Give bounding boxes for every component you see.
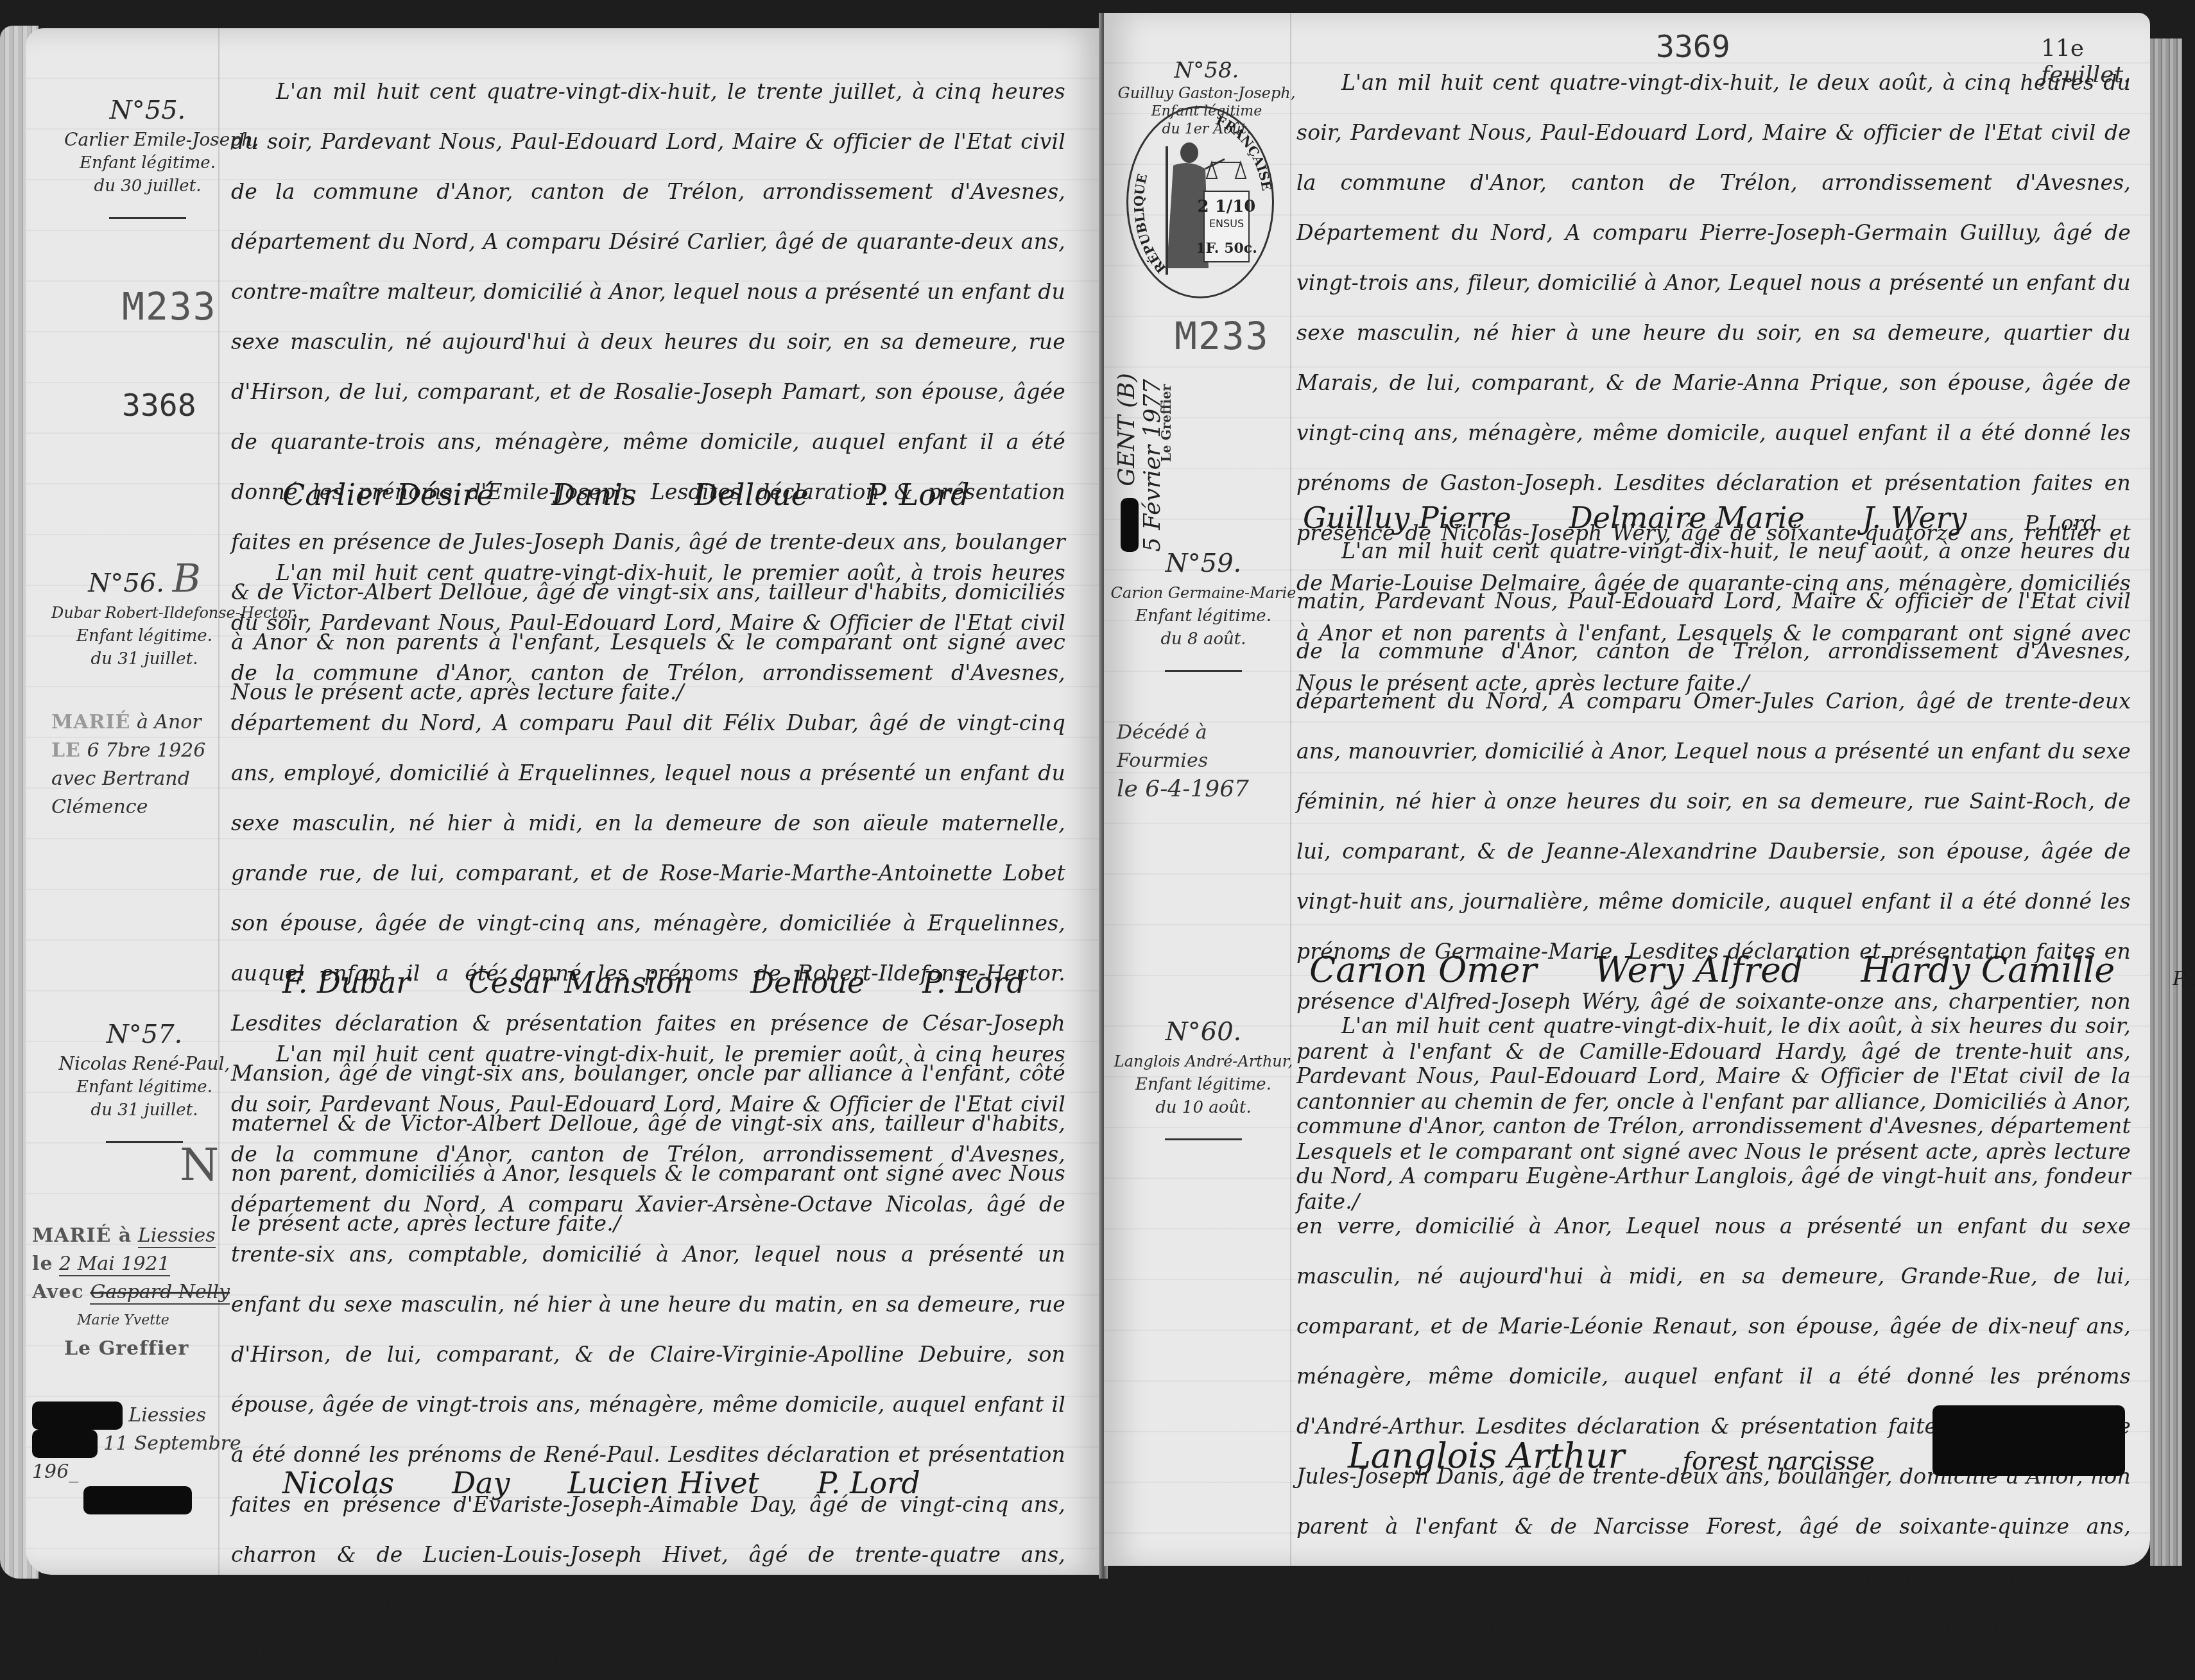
redacted-text: ​xxxxxx [32,1430,98,1458]
margin-note-entry-59: N°59. Carion Germaine-Marie Enfant légit… [1110,545,1296,672]
signature: P. Lord [866,477,970,512]
birth-date: du 10 août. [1110,1096,1296,1119]
signature: F. Dubar [282,965,410,1000]
archive-stamp: M233 [1175,314,1270,358]
redacted-text: Décédé à [32,1401,123,1430]
marriage-annotation-56: MARIÉ à Anor LE 6 7bre 1926 avec Bertran… [51,708,244,821]
signature: Lucien Hivet [567,1466,759,1500]
margin-note-entry-60: N°60. Langlois André-Arthur, Enfant légi… [1110,1014,1296,1140]
signature: Day [452,1466,510,1500]
entry-60-signatures: Langlois Arthur forest narcisse [1348,1405,2125,1476]
entry-number: N°57. [58,1016,231,1052]
republique-francaise-seal-icon: RÉPUBLIQUE FRANÇAISE 2 1/10 ENSUS 1F. 50… [1128,108,1276,300]
register-spread: N°55. Carlier Emile-Joseph, Enfant légit… [0,0,2195,1593]
child-name: Langlois André-Arthur, [1110,1050,1296,1073]
signature: Wery Alfred [1594,950,1803,990]
left-page: N°55. Carlier Emile-Joseph, Enfant légit… [26,28,1104,1575]
signature: P. Lord [817,1466,920,1500]
entry-60-text: L'an mil huit cent quatre-vingt-dix-huit… [1296,1001,2131,1593]
child-name: Nicolas René-Paul, [58,1052,231,1076]
signature: Hardy Camille [1861,950,2115,990]
letter-mark: N [180,1138,219,1191]
signature: Danis [552,477,637,512]
birth-date: du 8 août. [1110,628,1296,651]
entry-56-signatures: F. Dubar César Mansion Delloue P. Lord [282,965,1026,1000]
separator-dash [109,217,186,219]
separator-dash [106,1141,183,1143]
child-status: Enfant légitime. [1110,1073,1296,1096]
birth-date: du 31 juillet. [51,647,237,671]
child-status: Enfant légitime. [58,1076,231,1099]
margin-note-entry-57: N°57. Nicolas René-Paul, Enfant légitime… [58,1016,231,1143]
margin-note-entry-55: N°55. Carlier Emile-Joseph, Enfant légit… [64,92,231,219]
child-name: Dubar Robert-Ildefonse-Hector, [51,601,237,624]
entry-number: N°58. [1117,58,1296,83]
signature: Nicolas [282,1466,394,1500]
separator-dash [1165,1138,1242,1140]
marriage-annotation-57: MARIÉ à Liessies le 2 Mai 1921 Avec Gasp… [32,1222,244,1514]
fiscal-stamp-seal: RÉPUBLIQUE FRANÇAISE 2 1/10 ENSUS 1F. 50… [1126,106,1274,298]
entry-57-signatures: Nicolas Day Lucien Hivet P. Lord [282,1466,920,1500]
signature: P. Lord [2173,968,2195,990]
right-page-edges [2150,39,2182,1566]
child-status: Enfant légitime. [64,151,231,175]
svg-text:ENSUS: ENSUS [1209,218,1244,230]
signature: Carlier Désiré [282,477,494,512]
entry-number: N°55. [64,92,231,128]
entry-57-text: L'an mil huit cent quatre-vingt-dix-huit… [231,1029,1065,1593]
birth-date: du 30 juillet. [64,175,231,198]
margin-rule [1290,13,1291,1566]
clerk-label: Le Greffier [1158,384,1174,462]
entry-number: N°56. B [51,561,237,601]
signature: Carion Omer [1309,950,1536,990]
death-annotation-59: Décédé à Fourmies le 6-4-1967 [1117,719,1290,803]
redacted-signature [1932,1405,2125,1476]
signature: César Mansion [468,965,693,1000]
child-name: Carion Germaine-Marie [1110,581,1296,604]
svg-text:2 1/10: 2 1/10 [1198,197,1256,216]
separator-dash [1165,670,1242,672]
signature: P. Lord [922,965,1026,1000]
folio-number: 3368 [122,388,196,424]
entry-number: N°60. [1110,1014,1296,1050]
child-status: Enfant légitime. [1110,604,1296,628]
signature: Delloue [750,965,865,1000]
child-status: Enfant légitime. [51,624,237,647]
vertical-death-annotation: Décédé GENT (B) [1114,373,1140,552]
svg-text:FRANÇAISE: FRANÇAISE [1214,112,1275,192]
birth-date: du 31 juillet. [58,1099,231,1122]
child-name: Guilluy Gaston-Joseph, [1117,83,1296,103]
entry-55-signatures: Carlier Désiré Danis Delloue P. Lord [282,477,969,512]
margin-note-entry-56: N°56. B Dubar Robert-Ildefonse-Hector, E… [51,561,237,671]
signature: Delloue [694,477,809,512]
signature: forest narcisse [1682,1446,1875,1476]
child-name: Carlier Emile-Joseph, [64,128,231,151]
signature: Langlois Arthur [1348,1436,1624,1476]
archive-stamp: M233 [122,285,217,329]
entry-59-signatures: Carion Omer Wery Alfred Hardy Camille P.… [1309,950,2195,990]
letter-mark: B [173,556,201,601]
svg-text:RÉPUBLIQUE: RÉPUBLIQUE [1131,172,1169,276]
redacted-text: ​xxxxxxxxxx [83,1486,192,1514]
svg-text:1F. 50c.: 1F. 50c. [1196,240,1257,257]
